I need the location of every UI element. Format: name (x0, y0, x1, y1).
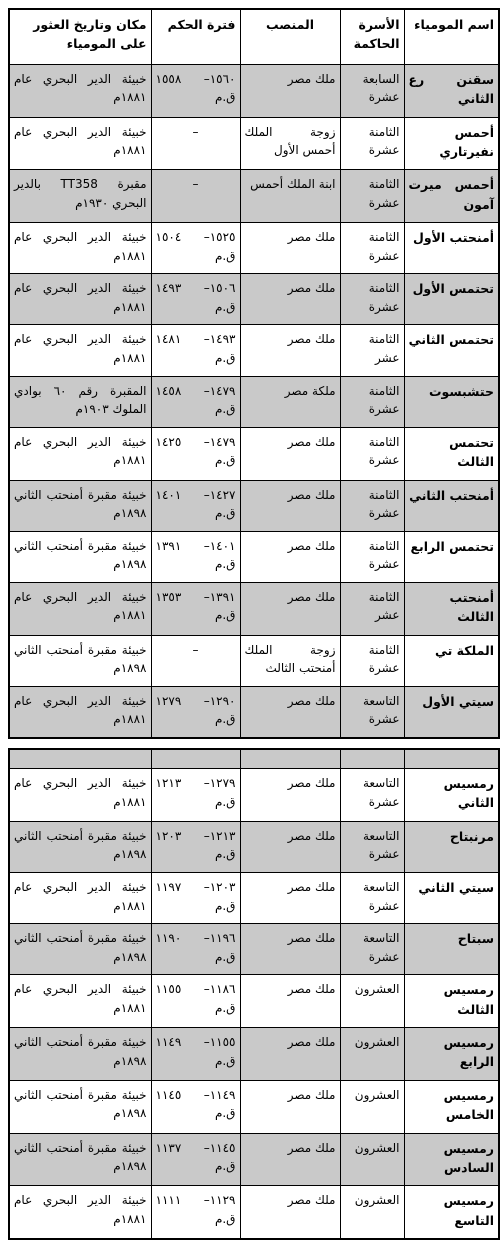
reign-era-bc-label: ق.م (156, 1052, 236, 1071)
reign-era-bc-label: ق.م (156, 88, 236, 107)
mummy-name-cell: سيتي الثاني (404, 872, 499, 923)
mummy-name-cell: أمنحتب الثالث (404, 582, 499, 635)
reign-era-bc-label: ق.م (156, 606, 236, 625)
ruling-dynasty-cell: التاسعة عشرة (340, 821, 404, 872)
mummy-name-cell: أمنحتب الثاني (404, 480, 499, 531)
position-cell: ملك مصر (240, 274, 340, 325)
discovery-place-date-cell: خبيئة الدير البحري عام ١٨٨١م (9, 975, 151, 1028)
table-row: سبتاحالتاسعة عشرةملك مصر١١٩٦– ١١٩٠ق.مخبي… (9, 924, 499, 975)
reign-era-bc-label: ق.م (156, 247, 236, 266)
table-row: رمسيس التاسعالعشرونملك مصر١١٢٩– ١١١١ق.مخ… (9, 1186, 499, 1239)
reign-years: ١٢١٣– ١٢٠٣ (156, 827, 236, 846)
reign-years: ١٤٧٩– ١٤٥٨ (156, 382, 236, 401)
position-cell: ملكة مصر (240, 376, 340, 427)
reign-years: ١١٨٦– ١١٥٥ (156, 980, 236, 999)
table-row: مرنبتاحالتاسعة عشرةملك مصر١٢١٣– ١٢٠٣ق.مخ… (9, 821, 499, 872)
ruling-dynasty-cell: التاسعة عشرة (340, 686, 404, 738)
reign-period-cell: – (151, 117, 240, 170)
reign-period-cell: ١٤٢٧– ١٤٠١ق.م (151, 480, 240, 531)
ruling-dynasty-cell: الثامنة عشرة (340, 531, 404, 582)
table-row: تحتمس الرابعالثامنة عشرةملك مصر١٤٠١– ١٣٩… (9, 531, 499, 582)
discovery-place-date-cell: خبيئة مقبرة أمنحتب الثاني ١٨٩٨م (9, 531, 151, 582)
empty-cell (151, 749, 240, 769)
discovery-place-date-cell: خبيئة مقبرة أمنحتب الثاني ١٨٩٨م (9, 480, 151, 531)
mummy-name-cell: أحمس نفيرتاري (404, 117, 499, 170)
column-header-discovery-place-date: مكان وتاريخ العثور على المومياء (9, 9, 151, 64)
discovery-place-date-cell: خبيئة مقبرة أمنحتب الثاني ١٨٩٨م (9, 1133, 151, 1186)
reign-period-cell: ١٢٩٠– ١٢٧٩ق.م (151, 686, 240, 738)
table-row: أمنحتب الأولالثامنة عشرةملك مصر١٥٢٥– ١٥٠… (9, 223, 499, 274)
column-header-ruling-dynasty: الأسرة الحاكمة (340, 9, 404, 64)
reign-years: – (156, 123, 236, 142)
reign-period-cell: ١٥٢٥– ١٥٠٤ق.م (151, 223, 240, 274)
reign-years: ١١٩٦– ١١٩٠ (156, 929, 236, 948)
table-row: رمسيس الرابعالعشرونملك مصر١١٥٥– ١١٤٩ق.مخ… (9, 1028, 499, 1081)
column-header-mummy-name: اسم المومياء (404, 9, 499, 64)
reign-era-bc-label: ق.م (156, 1157, 236, 1176)
reign-era-bc-label: ق.م (156, 948, 236, 967)
reign-years: ١٤٩٣– ١٤٨١ (156, 330, 236, 349)
position-cell: ملك مصر (240, 769, 340, 822)
ruling-dynasty-cell: العشرون (340, 1028, 404, 1081)
position-cell: ملك مصر (240, 582, 340, 635)
position-cell: زوجة الملك أحمس الأول (240, 117, 340, 170)
ruling-dynasty-cell: الثامنة عشر (340, 582, 404, 635)
reign-years: ١٤٢٧– ١٤٠١ (156, 486, 236, 505)
reign-period-cell: ١١٥٥– ١١٤٩ق.م (151, 1028, 240, 1081)
empty-cell (340, 749, 404, 769)
ruling-dynasty-cell: السابعة عشرة (340, 64, 404, 117)
ruling-dynasty-cell: العشرون (340, 975, 404, 1028)
reign-years: ١٥٠٦– ١٤٩٣ (156, 279, 236, 298)
empty-cell (9, 749, 151, 769)
mummy-name-cell: الملكة تي (404, 635, 499, 686)
mummy-name-cell: تحتمس الرابع (404, 531, 499, 582)
position-cell: ملك مصر (240, 1133, 340, 1186)
discovery-place-date-cell: خبيئة الدير البحري عام ١٨٨١م (9, 582, 151, 635)
mummy-name-cell: سقنن رع الثاني (404, 64, 499, 117)
ruling-dynasty-cell: العشرون (340, 1133, 404, 1186)
discovery-place-date-cell: خبيئة مقبرة أمنحتب الثاني ١٨٩٨م (9, 821, 151, 872)
mummy-name-cell: رمسيس السادس (404, 1133, 499, 1186)
reign-era-bc-label: ق.م (156, 1210, 236, 1229)
empty-cell (240, 749, 340, 769)
reign-years: ١١٤٥– ١١٣٧ (156, 1139, 236, 1158)
reign-era-bc-label: ق.م (156, 999, 236, 1018)
reign-period-cell: ١١٢٩– ١١١١ق.م (151, 1186, 240, 1239)
reign-era-bc-label: ق.م (156, 298, 236, 317)
reign-period-cell: ١٢٠٣– ١١٩٧ق.م (151, 872, 240, 923)
reign-period-cell: ١٤٧٩– ١٤٢٥ق.م (151, 427, 240, 480)
reign-era-bc-label: ق.م (156, 845, 236, 864)
mummy-name-cell: رمسيس الرابع (404, 1028, 499, 1081)
reign-period-cell: ١١٤٩– ١١٤٥ق.م (151, 1080, 240, 1133)
mummy-name-cell: سبتاح (404, 924, 499, 975)
table-row: رمسيس الخامسالعشرونملك مصر١١٤٩– ١١٤٥ق.مخ… (9, 1080, 499, 1133)
reign-period-cell: ١٢١٣– ١٢٠٣ق.م (151, 821, 240, 872)
discovery-place-date-cell: خبيئة الدير البحري عام ١٨٨١م (9, 274, 151, 325)
reign-period-cell: ١١٩٦– ١١٩٠ق.م (151, 924, 240, 975)
reign-era-bc-label: ق.م (156, 555, 236, 574)
reign-years: – (156, 175, 236, 194)
reign-period-cell: – (151, 635, 240, 686)
reign-period-cell: ١٣٩١– ١٣٥٣ق.م (151, 582, 240, 635)
reign-years: ١٤٠١– ١٣٩١ (156, 537, 236, 556)
table-row: سيتي الثانيالتاسعة عشرةملك مصر١٢٠٣– ١١٩٧… (9, 872, 499, 923)
column-header-reign-period: فترة الحكم (151, 9, 240, 64)
table-row: تحتمس الثانيالثامنة عشرملك مصر١٤٩٣– ١٤٨١… (9, 325, 499, 376)
ruling-dynasty-cell: الثامنة عشرة (340, 274, 404, 325)
discovery-place-date-cell: خبيئة مقبرة أمنحتب الثاني ١٨٩٨م (9, 924, 151, 975)
ruling-dynasty-cell: الثامنة عشرة (340, 635, 404, 686)
reign-era-bc-label: ق.م (156, 793, 236, 812)
discovery-place-date-cell: خبيئة الدير البحري عام ١٨٨١م (9, 1186, 151, 1239)
ruling-dynasty-cell: العشرون (340, 1080, 404, 1133)
reign-years: ١٢٧٩– ١٢١٣ (156, 774, 236, 793)
reign-period-cell: ١٥٠٦– ١٤٩٣ق.م (151, 274, 240, 325)
reign-period-cell: – (151, 170, 240, 223)
header-row: اسم المومياء الأسرة الحاكمة المنصب فترة … (9, 9, 499, 64)
position-cell: ملك مصر (240, 427, 340, 480)
position-cell: ملك مصر (240, 531, 340, 582)
reign-era-bc-label: ق.م (156, 1104, 236, 1123)
reign-era-bc-label: ق.م (156, 897, 236, 916)
mummy-name-cell: رمسيس الثاني (404, 769, 499, 822)
ruling-dynasty-cell: العشرون (340, 1186, 404, 1239)
reign-years: ١٢٩٠– ١٢٧٩ (156, 692, 236, 711)
mummy-name-cell: تحتمس الثاني (404, 325, 499, 376)
reign-period-cell: ١٤٩٣– ١٤٨١ق.م (151, 325, 240, 376)
reign-period-cell: ١٢٧٩– ١٢١٣ق.م (151, 769, 240, 822)
discovery-place-date-cell: خبيئة الدير البحري عام ١٨٨١م (9, 686, 151, 738)
mummy-name-cell: تحتمس الأول (404, 274, 499, 325)
table-header: اسم المومياء الأسرة الحاكمة المنصب فترة … (9, 9, 499, 64)
table-row: تحتمس الثالثالثامنة عشرةملك مصر١٤٧٩– ١٤٢… (9, 427, 499, 480)
table-row: رمسيس الثانيالتاسعة عشرةملك مصر١٢٧٩– ١٢١… (9, 769, 499, 822)
reign-years: ١٥٦٠– ١٥٥٨ (156, 70, 236, 89)
reign-years: ١١٥٥– ١١٤٩ (156, 1033, 236, 1052)
mummy-name-cell: رمسيس الثالث (404, 975, 499, 1028)
reign-period-cell: ١١٨٦– ١١٥٥ق.م (151, 975, 240, 1028)
table-row: رمسيس الثالثالعشرونملك مصر١١٨٦– ١١٥٥ق.مخ… (9, 975, 499, 1028)
reign-period-cell: ١١٤٥– ١١٣٧ق.م (151, 1133, 240, 1186)
position-cell: ملك مصر (240, 64, 340, 117)
ruling-dynasty-cell: الثامنة عشر (340, 325, 404, 376)
discovery-place-date-cell: المقبرة رقم ٦٠ بوادي الملوك ١٩٠٣م (9, 376, 151, 427)
reign-years: ١٥٢٥– ١٥٠٤ (156, 228, 236, 247)
mummy-name-cell: أمنحتب الأول (404, 223, 499, 274)
ruling-dynasty-cell: الثامنة عشرة (340, 480, 404, 531)
ruling-dynasty-cell: التاسعة عشرة (340, 769, 404, 822)
column-header-position: المنصب (240, 9, 340, 64)
position-cell: ملك مصر (240, 1028, 340, 1081)
ruling-dynasty-cell: الثامنة عشرة (340, 223, 404, 274)
table-row: تحتمس الأولالثامنة عشرةملك مصر١٥٠٦– ١٤٩٣… (9, 274, 499, 325)
discovery-place-date-cell: خبيئة مقبرة أمنحتب الثاني ١٨٩٨م (9, 635, 151, 686)
table-row: رمسيس السادسالعشرونملك مصر١١٤٥– ١١٣٧ق.مخ… (9, 1133, 499, 1186)
discovery-place-date-cell: مقبرة TT358 بالدير البحري ١٩٣٠م (9, 170, 151, 223)
reign-years: ١١٢٩– ١١١١ (156, 1191, 236, 1210)
ruling-dynasty-cell: التاسعة عشرة (340, 872, 404, 923)
reign-era-bc-label: ق.م (156, 451, 236, 470)
table2-body: رمسيس الثانيالتاسعة عشرةملك مصر١٢٧٩– ١٢١… (9, 749, 499, 1239)
discovery-place-date-cell: خبيئة مقبرة أمنحتب الثاني ١٨٩٨م (9, 1028, 151, 1081)
mummy-name-cell: أحمس ميرت آمون (404, 170, 499, 223)
reign-years: ١٣٩١– ١٣٥٣ (156, 588, 236, 607)
position-cell: زوجة الملك أمنحتب الثالث (240, 635, 340, 686)
mummy-name-cell: رمسيس التاسع (404, 1186, 499, 1239)
reign-period-cell: ١٤٧٩– ١٤٥٨ق.م (151, 376, 240, 427)
mummy-name-cell: مرنبتاح (404, 821, 499, 872)
reign-era-bc-label: ق.م (156, 710, 236, 729)
discovery-place-date-cell: خبيئة الدير البحري عام ١٨٨١م (9, 223, 151, 274)
reign-era-bc-label: ق.م (156, 349, 236, 368)
discovery-place-date-cell: خبيئة الدير البحري عام ١٨٨١م (9, 427, 151, 480)
ruling-dynasty-cell: الثامنة عشرة (340, 117, 404, 170)
reign-years: ١١٤٩– ١١٤٥ (156, 1086, 236, 1105)
reign-era-bc-label: ق.م (156, 504, 236, 523)
position-cell: ملك مصر (240, 975, 340, 1028)
table-row: أحمس ميرت آمونالثامنة عشرةابنة الملك أحم… (9, 170, 499, 223)
mummy-name-cell: سيتي الأول (404, 686, 499, 738)
position-cell: ملك مصر (240, 223, 340, 274)
discovery-place-date-cell: خبيئة الدير البحري عام ١٨٨١م (9, 117, 151, 170)
position-cell: ملك مصر (240, 1186, 340, 1239)
reign-years: ١٤٧٩– ١٤٢٥ (156, 433, 236, 452)
position-cell: ابنة الملك أحمس (240, 170, 340, 223)
ruling-dynasty-cell: الثامنة عشرة (340, 170, 404, 223)
reign-period-cell: ١٤٠١– ١٣٩١ق.م (151, 531, 240, 582)
mummy-name-cell: رمسيس الخامس (404, 1080, 499, 1133)
table1-body: سقنن رع الثانيالسابعة عشرةملك مصر١٥٦٠– ١… (9, 64, 499, 738)
table-row: سيتي الأولالتاسعة عشرةملك مصر١٢٩٠– ١٢٧٩ق… (9, 686, 499, 738)
position-cell: ملك مصر (240, 686, 340, 738)
position-cell: ملك مصر (240, 821, 340, 872)
empty-spacer-row (9, 749, 499, 769)
position-cell: ملك مصر (240, 872, 340, 923)
reign-years: ١٢٠٣– ١١٩٧ (156, 878, 236, 897)
table-row: أحمس نفيرتاريالثامنة عشرةزوجة الملك أحمس… (9, 117, 499, 170)
mummy-name-cell: تحتمس الثالث (404, 427, 499, 480)
discovery-place-date-cell: خبيئة مقبرة أمنحتب الثاني ١٨٩٨م (9, 1080, 151, 1133)
mummies-table-part-2: رمسيس الثانيالتاسعة عشرةملك مصر١٢٧٩– ١٢١… (8, 748, 500, 1240)
position-cell: ملك مصر (240, 1080, 340, 1133)
mummies-table-part-1: اسم المومياء الأسرة الحاكمة المنصب فترة … (8, 8, 500, 739)
ruling-dynasty-cell: الثامنة عشرة (340, 427, 404, 480)
position-cell: ملك مصر (240, 325, 340, 376)
table-row: الملكة تيالثامنة عشرةزوجة الملك أمنحتب ا… (9, 635, 499, 686)
table-row: حتشبسوتالثامنة عشرةملكة مصر١٤٧٩– ١٤٥٨ق.م… (9, 376, 499, 427)
position-cell: ملك مصر (240, 924, 340, 975)
ruling-dynasty-cell: التاسعة عشرة (340, 924, 404, 975)
reign-era-bc-label: ق.م (156, 400, 236, 419)
empty-cell (404, 749, 499, 769)
table-row: سقنن رع الثانيالسابعة عشرةملك مصر١٥٦٠– ١… (9, 64, 499, 117)
table-row: أمنحتب الثانيالثامنة عشرةملك مصر١٤٢٧– ١٤… (9, 480, 499, 531)
discovery-place-date-cell: خبيئة الدير البحري عام ١٨٨١م (9, 325, 151, 376)
reign-period-cell: ١٥٦٠– ١٥٥٨ق.م (151, 64, 240, 117)
mummy-name-cell: حتشبسوت (404, 376, 499, 427)
reign-years: – (156, 641, 236, 660)
position-cell: ملك مصر (240, 480, 340, 531)
ruling-dynasty-cell: الثامنة عشرة (340, 376, 404, 427)
mummies-document-page: اسم المومياء الأسرة الحاكمة المنصب فترة … (0, 0, 503, 1250)
discovery-place-date-cell: خبيئة الدير البحري عام ١٨٨١م (9, 872, 151, 923)
discovery-place-date-cell: خبيئة الدير البحري عام ١٨٨١م (9, 769, 151, 822)
discovery-place-date-cell: خبيئة الدير البحري عام ١٨٨١م (9, 64, 151, 117)
table-row: أمنحتب الثالثالثامنة عشرملك مصر١٣٩١– ١٣٥… (9, 582, 499, 635)
